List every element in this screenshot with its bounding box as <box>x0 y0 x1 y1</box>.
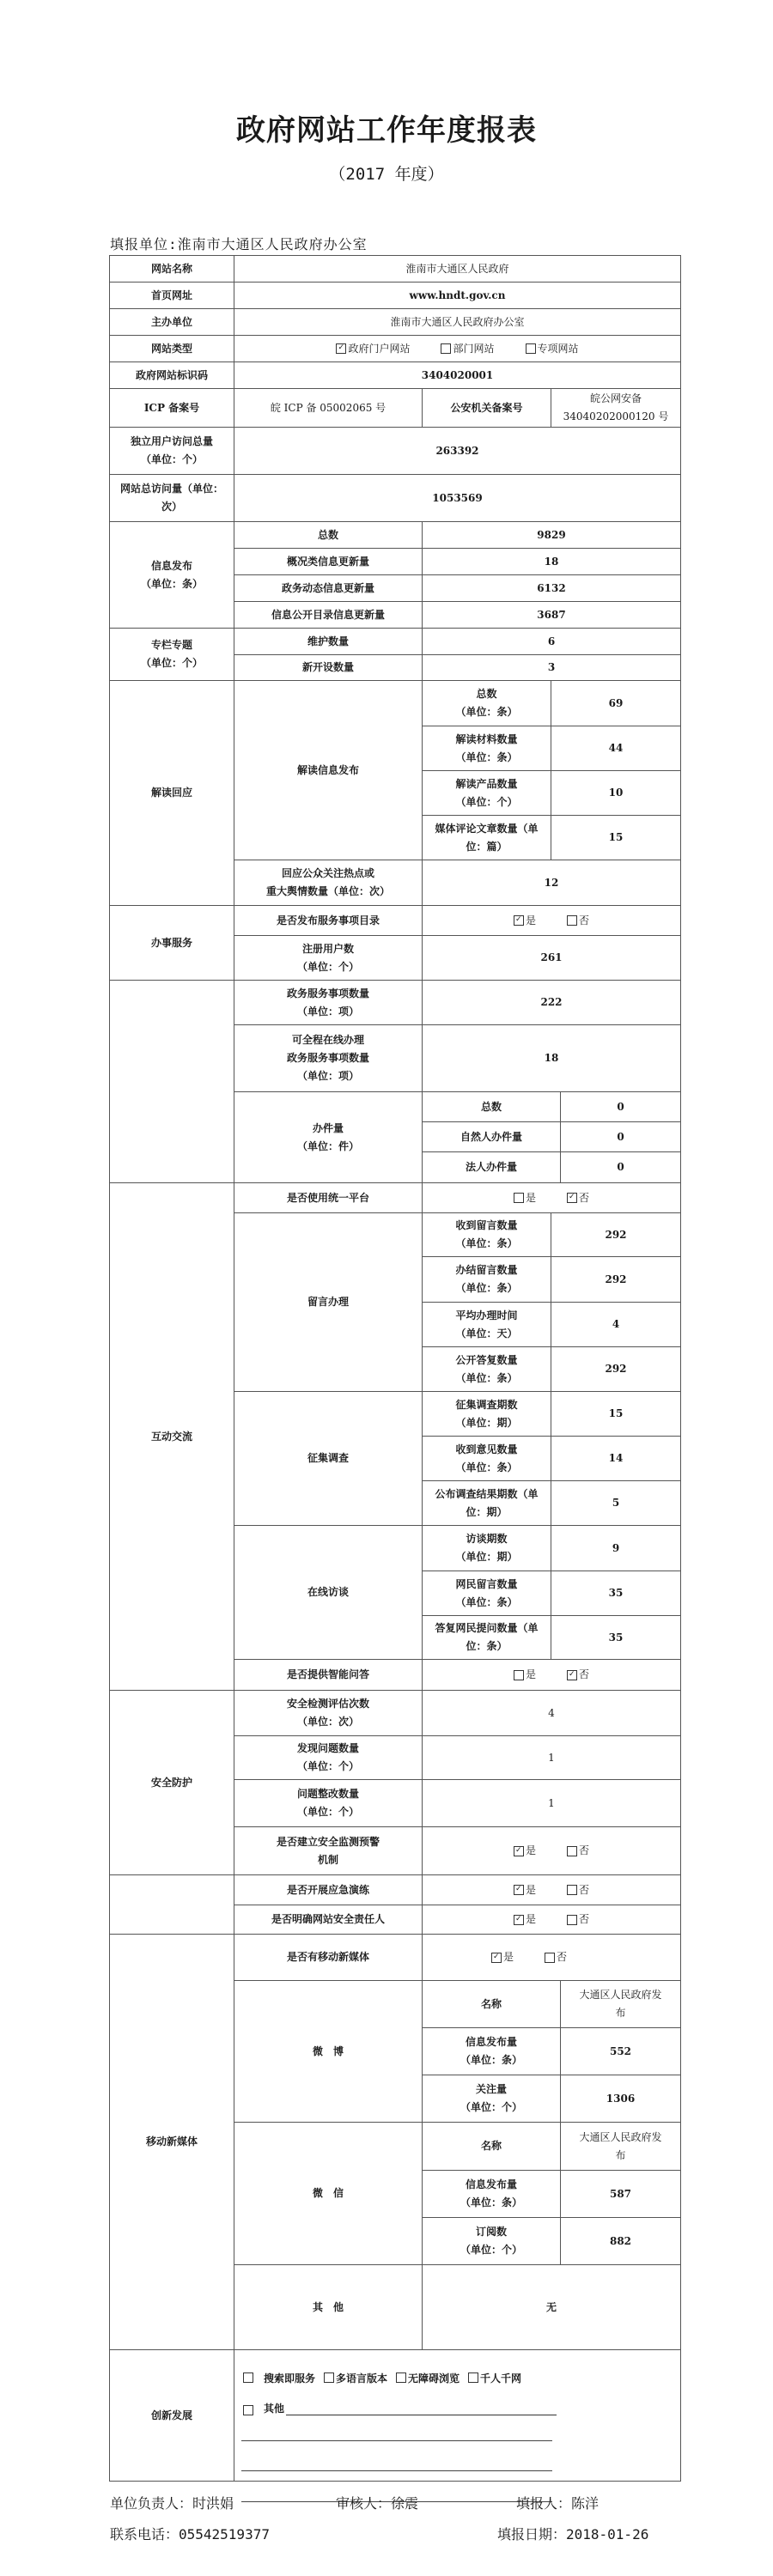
wechat-label: 微 信 <box>234 2122 423 2265</box>
innovation-blank-line[interactable] <box>241 2470 552 2471</box>
smart-qa-label-text: 是否提供智能问答 <box>287 1666 369 1684</box>
monitor-yes-label: 是 <box>526 1842 536 1860</box>
security-cont-label <box>109 1874 234 1935</box>
weibo-row-value: 1306 <box>560 2075 681 2123</box>
service-catalog: 是否 <box>422 905 681 936</box>
interaction-label-text: 互动交流 <box>151 1428 192 1446</box>
empty-checkbox-icon[interactable] <box>396 2372 406 2383</box>
cases-row-value: 0 <box>560 1091 681 1122</box>
drill-yes-option[interactable]: 是 <box>514 1881 536 1899</box>
monitor-label-text: 是否建立安全监测预警 机制 <box>277 1833 380 1869</box>
empty-checkbox-icon[interactable] <box>567 1915 577 1925</box>
sponsor-value-text: 淮南市大通区人民政府办公室 <box>390 313 524 331</box>
security-row-label: 发现问题数量 （单位：个） <box>234 1735 423 1780</box>
police-record-label-text: 公安机关备案号 <box>450 399 522 417</box>
survey-row-value-text: 5 <box>612 1494 619 1512</box>
page-views-label: 网站总访问量（单位： 次） <box>109 474 234 522</box>
sponsor-label-text: 主办单位 <box>151 313 192 331</box>
security-owner-yes-option[interactable]: 是 <box>514 1911 536 1929</box>
info-publish-row-label-text: 信息公开目录信息更新量 <box>271 606 385 624</box>
weibo-label: 微 博 <box>234 1980 423 2123</box>
innovation-label-text: 创新发展 <box>151 2407 192 2425</box>
messages-row-value: 292 <box>551 1212 681 1257</box>
monitor: 是否 <box>422 1826 681 1875</box>
drill-no-label: 否 <box>579 1881 589 1899</box>
messages-row-value: 292 <box>551 1256 681 1303</box>
interview-row-value-text: 9 <box>612 1540 619 1558</box>
cases-row-label: 法人办件量 <box>422 1151 561 1183</box>
online-items-value-text: 18 <box>545 1049 559 1067</box>
cases-row-label-text: 总数 <box>481 1098 502 1116</box>
media-other-label: 其 他 <box>234 2264 423 2350</box>
checked-checkbox-icon[interactable] <box>567 1193 577 1203</box>
service-catalog-no-label: 否 <box>579 912 589 930</box>
interview-row-label-text: 答复网民提问数量（单 位：条） <box>435 1619 538 1656</box>
interpret-row-label-text: 解读产品数量 （单位：个） <box>455 775 517 811</box>
checked-checkbox-icon[interactable] <box>514 1915 524 1925</box>
info-publish-row-label: 总数 <box>234 521 423 549</box>
survey-row-label: 收到意见数量 （单位：条） <box>422 1436 551 1481</box>
survey-label: 征集调查 <box>234 1391 423 1526</box>
drill-yes-label: 是 <box>526 1881 536 1899</box>
security-row-label: 安全检测评估次数 （单位：次） <box>234 1690 423 1736</box>
has-media-no-option[interactable]: 否 <box>545 1948 567 1966</box>
survey-row-value-text: 15 <box>609 1405 624 1423</box>
icp-value: 皖 ICP 备 05002065 号 <box>234 388 423 428</box>
messages-row-label: 办结留言数量 （单位：条） <box>422 1256 551 1303</box>
wechat-row-value: 882 <box>560 2217 681 2265</box>
innovation-option[interactable]: 千人千网 <box>468 2372 521 2385</box>
messages-row-label-text: 公开答复数量 （单位：条） <box>455 1352 517 1388</box>
interpret-publish-label-text: 解读信息发布 <box>297 762 359 780</box>
security-owner-yes-label: 是 <box>526 1911 536 1929</box>
empty-checkbox-icon[interactable] <box>324 2372 334 2383</box>
interview-row-value: 35 <box>551 1615 681 1660</box>
unified-platform-no-option[interactable]: 否 <box>567 1189 589 1207</box>
survey-row-value: 15 <box>551 1391 681 1437</box>
interpret-row-label: 解读材料数量 （单位：条） <box>422 726 551 771</box>
weibo-row-value: 552 <box>560 2027 681 2075</box>
interview-row-value-text: 35 <box>609 1584 624 1602</box>
wechat-row-label-text: 订阅数 （单位：个） <box>460 2223 522 2259</box>
service-catalog-label: 是否发布服务事项目录 <box>234 905 423 936</box>
columns-label-text: 专栏专题 （单位：个） <box>141 636 203 672</box>
interpret-row-value: 44 <box>551 726 681 771</box>
innovation-option[interactable]: 多语言版本 <box>324 2372 387 2385</box>
columns-row-value: 6 <box>422 628 681 655</box>
interpret-label: 解读回应 <box>109 680 234 906</box>
security-label: 安全防护 <box>109 1690 234 1875</box>
interpret-row-value-text: 69 <box>609 695 624 713</box>
security-row-value-text: 1 <box>548 1749 555 1767</box>
hot-response-label-text: 回应公众关注热点或 重大舆情数量（单位：次） <box>266 865 390 901</box>
unified-platform-label-text: 是否使用统一平台 <box>287 1189 369 1207</box>
interpret-row-value: 10 <box>551 770 681 816</box>
checked-checkbox-icon[interactable] <box>514 915 524 926</box>
empty-checkbox-icon[interactable] <box>514 1193 524 1203</box>
smart-qa-yes-label: 是 <box>526 1666 536 1684</box>
has-media-yes-label: 是 <box>503 1948 514 1966</box>
messages-row-value: 292 <box>551 1346 681 1392</box>
innovation-option-label: 多语言版本 <box>336 2372 387 2385</box>
unified-platform-label: 是否使用统一平台 <box>234 1182 423 1213</box>
messages-row-label-text: 办结留言数量 （单位：条） <box>455 1261 517 1297</box>
site-type-options: 政府门户网站部门网站专项网站 <box>234 335 681 362</box>
site-name-label-text: 网站名称 <box>151 260 192 278</box>
site-type-option-label: 专项网站 <box>538 340 579 358</box>
interpret-row-value-text: 10 <box>609 784 624 802</box>
service-items-label: 政务服务事项数量 （单位：项） <box>234 980 423 1025</box>
monitor-label: 是否建立安全监测预警 机制 <box>234 1826 423 1875</box>
innovation-other-label: 其他 <box>264 2401 284 2415</box>
police-record-value-text: 皖公网安备 34040202000120 号 <box>563 390 669 426</box>
empty-checkbox-icon[interactable] <box>243 2405 253 2415</box>
interview-row-value: 35 <box>551 1571 681 1616</box>
media-label: 移动新媒体 <box>109 1934 234 2350</box>
site-name-value: 淮南市大通区人民政府 <box>234 255 681 283</box>
wechat-row-value-text: 大通区人民政府发 布 <box>579 2129 661 2165</box>
interpret-row-value-text: 15 <box>609 829 624 847</box>
smart-qa-no-label: 否 <box>579 1666 589 1684</box>
columns-row-label: 维护数量 <box>234 628 423 655</box>
site-type-option-label: 政府门户网站 <box>348 340 410 358</box>
interview-row-label-text: 访谈期数 （单位：期） <box>455 1530 517 1566</box>
cases-row-value-text: 0 <box>617 1098 624 1116</box>
cases-row-label: 自然人办件量 <box>422 1121 561 1152</box>
info-publish-row-label-text: 政务动态信息更新量 <box>282 580 374 598</box>
has-media-yes-option[interactable]: 是 <box>491 1948 514 1966</box>
registered-users-value: 261 <box>422 935 681 981</box>
online-items-label: 可全程在线办理 政务服务事项数量 （单位：项） <box>234 1024 423 1092</box>
innovation-blank-line[interactable] <box>241 2440 552 2441</box>
interpret-row-value: 69 <box>551 680 681 726</box>
empty-checkbox-icon[interactable] <box>567 915 577 926</box>
cases-label-text: 办件量 （单位：件） <box>297 1120 359 1156</box>
messages-row-label: 平均办理时间 （单位：天） <box>422 1302 551 1347</box>
info-publish-row-value-text: 9829 <box>537 526 565 544</box>
interpret-row-value-text: 44 <box>609 739 624 757</box>
empty-checkbox-icon[interactable] <box>567 1846 577 1856</box>
service-label: 办事服务 <box>109 905 234 981</box>
service-items-label-text: 政务服务事项数量 （单位：项） <box>287 985 369 1021</box>
messages-row-value: 4 <box>551 1302 681 1347</box>
columns-row-label-text: 新开设数量 <box>302 659 354 677</box>
innovation-option[interactable]: 无障碍浏览 <box>396 2372 460 2385</box>
has-media-label-text: 是否有移动新媒体 <box>287 1948 369 1966</box>
security-owner-label-text: 是否明确网站安全责任人 <box>271 1911 385 1929</box>
footer-phone: 联系电话：05542519377 <box>110 2524 270 2543</box>
filling-unit: 填报单位:淮南市大通区人民政府办公室 <box>110 234 368 253</box>
has-media-label: 是否有移动新媒体 <box>234 1934 423 1981</box>
sponsor-value: 淮南市大通区人民政府办公室 <box>234 308 681 336</box>
checked-checkbox-icon[interactable] <box>514 1846 524 1856</box>
footer-filler: 填报人：陈洋 <box>516 2493 599 2512</box>
empty-checkbox-icon[interactable] <box>545 1953 555 1963</box>
monitor-no-option[interactable]: 否 <box>567 1842 589 1860</box>
unified-platform: 是否 <box>422 1182 681 1213</box>
info-publish-row-label: 信息公开目录信息更新量 <box>234 601 423 629</box>
interview-row-label-text: 网民留言数量 （单位：条） <box>455 1576 517 1612</box>
media-other-value-text: 无 <box>546 2299 557 2317</box>
police-record-label: 公安机关备案号 <box>422 388 551 428</box>
wechat-row-label: 名称 <box>422 2122 561 2171</box>
url-label: 首页网址 <box>109 282 234 309</box>
url-value: www.hndt.gov.cn <box>234 282 681 309</box>
cases-row-value-text: 0 <box>617 1128 624 1146</box>
online-items-value: 18 <box>422 1024 681 1092</box>
security-row-label-text: 发现问题数量 （单位：个） <box>297 1740 359 1776</box>
empty-checkbox-icon[interactable] <box>243 2372 253 2383</box>
unified-platform-yes-label: 是 <box>526 1189 536 1207</box>
survey-row-label-text: 征集调查期数 （单位：期） <box>455 1396 517 1432</box>
drill-label-text: 是否开展应急演练 <box>287 1881 369 1899</box>
smart-qa-no-option[interactable]: 否 <box>567 1666 589 1684</box>
innovation-other-row: 其他 <box>243 2401 557 2415</box>
innovation-option-label: 千人千网 <box>480 2372 521 2385</box>
columns-row-value-text: 3 <box>548 659 555 677</box>
info-publish-row-value: 6132 <box>422 574 681 602</box>
survey-row-label-text: 公布调查结果期数（单 位：期） <box>435 1485 538 1522</box>
weibo-row-label-text: 名称 <box>481 1996 502 2014</box>
info-publish-row-label: 概况类信息更新量 <box>234 548 423 575</box>
site-type-label: 网站类型 <box>109 335 234 362</box>
interpret-row-label-text: 总数 （单位：条） <box>455 685 517 721</box>
online-items-label-text: 可全程在线办理 政务服务事项数量 （单位：项） <box>287 1031 369 1085</box>
interpret-label-text: 解读回应 <box>151 784 192 802</box>
site-type-option[interactable]: 政府门户网站 <box>336 340 410 358</box>
footer-reviewer: 审核人：徐震 <box>336 2493 418 2512</box>
unique-visitors-value-text: 263392 <box>435 442 478 460</box>
wechat-row-label-text: 名称 <box>481 2137 502 2155</box>
site-type-option-label: 部门网站 <box>453 340 494 358</box>
cases-row-value: 0 <box>560 1121 681 1152</box>
media-label-text: 移动新媒体 <box>146 2133 198 2151</box>
info-publish-row-label-text: 概况类信息更新量 <box>287 553 369 571</box>
monitor-yes-option[interactable]: 是 <box>514 1842 536 1860</box>
unified-platform-yes-option[interactable]: 是 <box>514 1189 536 1207</box>
weibo-row-value-text: 552 <box>610 2043 631 2061</box>
security-owner-label: 是否明确网站安全责任人 <box>234 1905 423 1935</box>
wechat-row-value-text: 587 <box>610 2185 631 2203</box>
interpret-publish-label: 解读信息发布 <box>234 680 423 860</box>
icp-value-text: 皖 ICP 备 05002065 号 <box>271 399 386 417</box>
security-row-value-text: 1 <box>548 1795 555 1813</box>
columns-label: 专栏专题 （单位：个） <box>109 628 234 681</box>
info-publish-row-value: 3687 <box>422 601 681 629</box>
has-media: 是否 <box>422 1934 681 1981</box>
footer-date: 填报日期：2018-01-26 <box>497 2524 648 2543</box>
registered-users-label: 注册用户数 （单位：个） <box>234 935 423 981</box>
interpret-row-label: 总数 （单位：条） <box>422 680 551 726</box>
survey-row-label: 公布调查结果期数（单 位：期） <box>422 1480 551 1526</box>
innovation-option[interactable]: 搜索即服务 <box>243 2372 315 2385</box>
survey-row-label: 征集调查期数 （单位：期） <box>422 1391 551 1437</box>
interpret-row-label: 媒体评论文章数量（单 位：篇） <box>422 815 551 860</box>
service-catalog-yes-label: 是 <box>526 912 536 930</box>
site-type-option[interactable]: 部门网站 <box>441 340 494 358</box>
weibo-row-value-text: 1306 <box>606 2090 635 2108</box>
site-type-label-text: 网站类型 <box>151 340 192 358</box>
empty-checkbox-icon[interactable] <box>526 343 536 354</box>
weibo-row-value-text: 大通区人民政府发 布 <box>579 1986 661 2022</box>
service-catalog-no-option[interactable]: 否 <box>567 912 589 930</box>
interview-label-text: 在线访谈 <box>307 1583 349 1601</box>
survey-row-value-text: 14 <box>609 1449 624 1467</box>
weibo-row-label: 信息发布量 （单位：条） <box>422 2027 561 2075</box>
info-publish-row-value-text: 6132 <box>537 580 565 598</box>
weibo-row-label: 名称 <box>422 1980 561 2028</box>
drill-label: 是否开展应急演练 <box>234 1874 423 1905</box>
info-publish-row-value-text: 3687 <box>537 606 565 624</box>
interview-row-value-text: 35 <box>609 1629 624 1647</box>
survey-row-label-text: 收到意见数量 （单位：条） <box>455 1441 517 1477</box>
info-publish-row-value-text: 18 <box>545 553 559 571</box>
empty-checkbox-icon[interactable] <box>514 1670 524 1680</box>
messages-row-label-text: 收到留言数量 （单位：条） <box>455 1217 517 1253</box>
service-catalog-label-text: 是否发布服务事项目录 <box>277 912 380 930</box>
page-title: 政府网站工作年度报表 <box>0 106 773 149</box>
weibo-row-label-text: 信息发布量 （单位：条） <box>460 2033 522 2069</box>
smart-qa: 是否 <box>422 1659 681 1691</box>
wechat-label-text: 微 信 <box>313 2184 344 2202</box>
interview-row-value: 9 <box>551 1525 681 1571</box>
columns-row-value: 3 <box>422 654 681 681</box>
url-label-text: 首页网址 <box>151 287 192 305</box>
site-type-option[interactable]: 专项网站 <box>526 340 579 358</box>
wechat-row-value: 大通区人民政府发 布 <box>560 2122 681 2171</box>
innovation-other-input[interactable] <box>286 2403 557 2415</box>
info-publish-row-label: 政务动态信息更新量 <box>234 574 423 602</box>
page-views-value-text: 1053569 <box>432 489 482 507</box>
messages-row-label: 公开答复数量 （单位：条） <box>422 1346 551 1392</box>
messages-row-value-text: 292 <box>605 1271 626 1289</box>
interpret-row-label-text: 解读材料数量 （单位：条） <box>455 731 517 767</box>
service-catalog-yes-option[interactable]: 是 <box>514 912 536 930</box>
site-name-label: 网站名称 <box>109 255 234 283</box>
columns-row-label: 新开设数量 <box>234 654 423 681</box>
security-row-value: 4 <box>422 1690 681 1736</box>
survey-row-value: 5 <box>551 1480 681 1526</box>
service-items-value-text: 222 <box>540 993 562 1012</box>
weibo-row-label-text: 关注量 （单位：个） <box>460 2081 522 2117</box>
security-owner-no-label: 否 <box>579 1911 589 1929</box>
interpret-row-label: 解读产品数量 （单位：个） <box>422 770 551 816</box>
interview-label: 在线访谈 <box>234 1525 423 1660</box>
info-publish-row-value: 9829 <box>422 521 681 549</box>
unified-platform-no-label: 否 <box>579 1189 589 1207</box>
sponsor-label: 主办单位 <box>109 308 234 336</box>
security-row-label-text: 安全检测评估次数 （单位：次） <box>287 1695 369 1731</box>
wechat-row-label-text: 信息发布量 （单位：条） <box>460 2176 522 2212</box>
site-name-value-text: 淮南市大通区人民政府 <box>405 260 508 278</box>
cases-row-label: 总数 <box>422 1091 561 1122</box>
media-other-value: 无 <box>422 2264 681 2350</box>
checked-checkbox-icon[interactable] <box>336 343 346 354</box>
messages-row-value-text: 292 <box>605 1360 626 1378</box>
cases-row-label-text: 自然人办件量 <box>460 1128 522 1146</box>
empty-checkbox-icon[interactable] <box>441 343 451 354</box>
weibo-row-value: 大通区人民政府发 布 <box>560 1980 681 2028</box>
innovation-options: 搜索即服务多语言版本无障碍浏览千人千网其他 <box>234 2349 681 2482</box>
security-label-text: 安全防护 <box>151 1774 192 1792</box>
media-other-label-text: 其 他 <box>313 2299 344 2317</box>
wechat-row-label: 订阅数 （单位：个） <box>422 2217 561 2265</box>
checked-checkbox-icon[interactable] <box>491 1953 502 1963</box>
innovation-option-label: 搜索即服务 <box>264 2372 315 2385</box>
wechat-row-value-text: 882 <box>610 2233 631 2251</box>
icp-label-text: ICP 备案号 <box>144 399 199 417</box>
registered-users-value-text: 261 <box>540 949 562 967</box>
interpret-row-value: 15 <box>551 815 681 860</box>
report-year: （2017 年度） <box>0 161 773 185</box>
columns-row-label-text: 维护数量 <box>307 633 349 651</box>
service-label-text: 办事服务 <box>151 934 192 952</box>
empty-checkbox-icon[interactable] <box>567 1885 577 1895</box>
interview-row-label: 答复网民提问数量（单 位：条） <box>422 1615 551 1660</box>
drill-no-option[interactable]: 否 <box>567 1881 589 1899</box>
cases-row-label-text: 法人办件量 <box>466 1158 517 1176</box>
messages-row-label: 收到留言数量 （单位：条） <box>422 1212 551 1257</box>
messages-row-value-text: 4 <box>612 1315 619 1334</box>
hot-response-value: 12 <box>422 860 681 906</box>
unique-visitors-label-text: 独立用户访问总量 （单位：个） <box>131 433 213 469</box>
security-row-label: 问题整改数量 （单位：个） <box>234 1779 423 1827</box>
page-views-label-text: 网站总访问量（单位： 次） <box>120 480 223 516</box>
wechat-row-label: 信息发布量 （单位：条） <box>422 2170 561 2218</box>
survey-label-text: 征集调查 <box>307 1449 349 1467</box>
cases-row-value: 0 <box>560 1151 681 1183</box>
checked-checkbox-icon[interactable] <box>514 1885 524 1895</box>
checked-checkbox-icon[interactable] <box>567 1670 577 1680</box>
security-row-label-text: 问题整改数量 （单位：个） <box>297 1785 359 1821</box>
unique-visitors-value: 263392 <box>234 427 681 475</box>
weibo-row-label: 关注量 （单位：个） <box>422 2075 561 2123</box>
service-cont-label <box>109 980 234 1183</box>
monitor-no-label: 否 <box>579 1842 589 1860</box>
smart-qa-yes-option[interactable]: 是 <box>514 1666 536 1684</box>
messages-row-label-text: 平均办理时间 （单位：天） <box>455 1307 517 1343</box>
interaction-label: 互动交流 <box>109 1182 234 1691</box>
url-value-text: www.hndt.gov.cn <box>410 287 506 305</box>
security-owner-no-option[interactable]: 否 <box>567 1911 589 1929</box>
cases-label: 办件量 （单位：件） <box>234 1091 423 1183</box>
page-views-value: 1053569 <box>234 474 681 522</box>
registered-users-label-text: 注册用户数 （单位：个） <box>297 940 359 976</box>
interview-row-label: 访谈期数 （单位：期） <box>422 1525 551 1571</box>
hot-response-label: 回应公众关注热点或 重大舆情数量（单位：次） <box>234 860 423 906</box>
empty-checkbox-icon[interactable] <box>468 2372 478 2383</box>
site-code-value: 3404020001 <box>234 361 681 389</box>
innovation-option-label: 无障碍浏览 <box>408 2372 460 2385</box>
unique-visitors-label: 独立用户访问总量 （单位：个） <box>109 427 234 475</box>
icp-label: ICP 备案号 <box>109 388 234 428</box>
survey-row-value: 14 <box>551 1436 681 1481</box>
site-code-label-text: 政府网站标识码 <box>136 367 208 385</box>
innovation-label: 创新发展 <box>109 2349 234 2482</box>
footer-leader: 单位负责人：时洪娟 <box>110 2493 234 2512</box>
interview-row-label: 网民留言数量 （单位：条） <box>422 1571 551 1616</box>
drill: 是否 <box>422 1874 681 1905</box>
security-row-value: 1 <box>422 1735 681 1780</box>
weibo-label-text: 微 博 <box>313 2043 344 2061</box>
site-code-value-text: 3404020001 <box>422 367 494 385</box>
site-code-label: 政府网站标识码 <box>109 361 234 389</box>
has-media-no-label: 否 <box>557 1948 567 1966</box>
innovation-options-row: 搜索即服务多语言版本无障碍浏览千人千网 <box>243 2371 530 2385</box>
hot-response-value-text: 12 <box>545 874 559 892</box>
messages-row-value-text: 292 <box>605 1226 626 1244</box>
security-owner: 是否 <box>422 1905 681 1935</box>
